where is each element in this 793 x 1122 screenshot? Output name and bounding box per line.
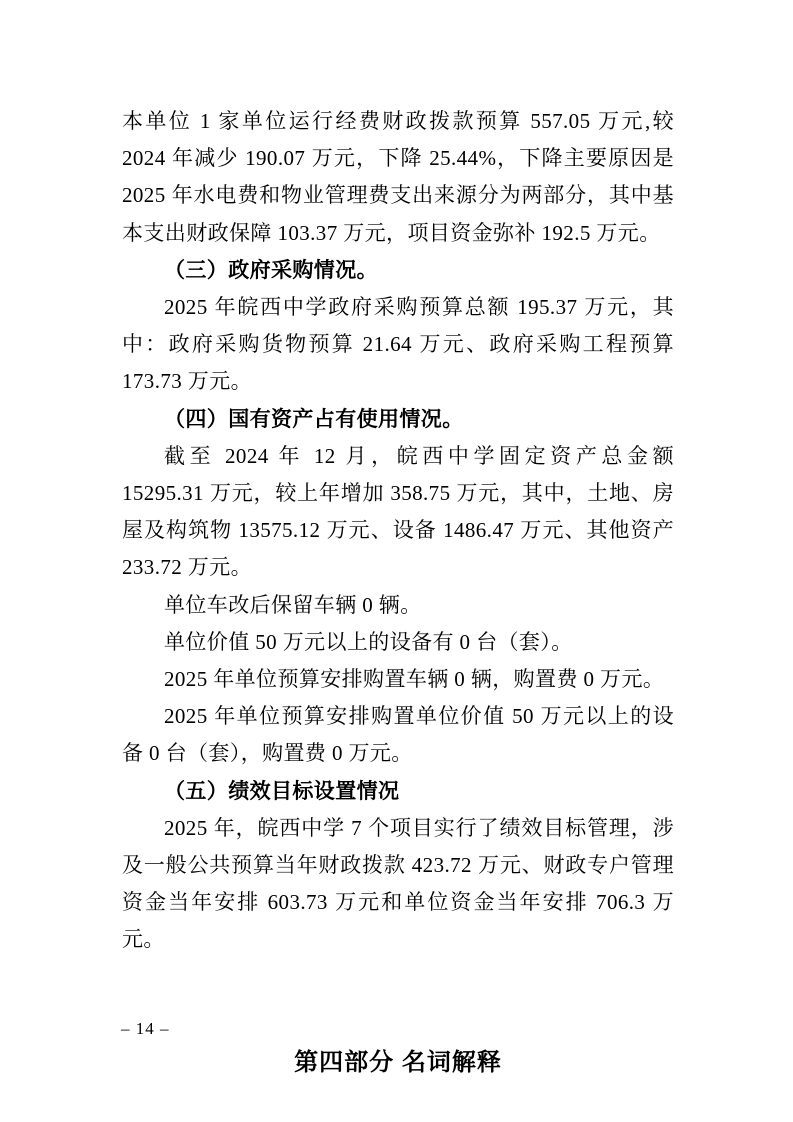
subsection-heading-state-assets: （四）国有资产占有使用情况。	[122, 401, 674, 438]
section-heading-part-four: 第四部分 名词解释	[122, 1047, 674, 1079]
paragraph: 本单位 1 家单位运行经费财政拨款预算 557.05 万元,较 2024 年减少…	[122, 103, 674, 252]
paragraph: 截至 2024 年 12 月，皖西中学固定资产总金额 15295.31 万元，较…	[122, 438, 674, 587]
paragraph: 单位价值 50 万元以上的设备有 0 台（套）。	[122, 624, 674, 661]
subsection-heading-performance-targets: （五）绩效目标设置情况	[122, 773, 674, 810]
page-number: – 14 –	[121, 1018, 170, 1040]
paragraph: 2025 年单位预算安排购置单位价值 50 万元以上的设备 0 台（套），购置费…	[122, 698, 674, 772]
subsection-heading-gov-procurement: （三）政府采购情况。	[122, 252, 674, 289]
document-body: 本单位 1 家单位运行经费财政拨款预算 557.05 万元,较 2024 年减少…	[122, 103, 674, 1079]
paragraph: 2025 年，皖西中学 7 个项目实行了绩效目标管理，涉及一般公共预算当年财政拨…	[122, 810, 674, 959]
document-page: 本单位 1 家单位运行经费财政拨款预算 557.05 万元,较 2024 年减少…	[0, 0, 793, 1122]
paragraph: 2025 年皖西中学政府采购预算总额 195.37 万元，其中：政府采购货物预算…	[122, 289, 674, 401]
paragraph: 单位车改后保留车辆 0 辆。	[122, 587, 674, 624]
paragraph: 2025 年单位预算安排购置车辆 0 辆，购置费 0 万元。	[122, 661, 674, 698]
